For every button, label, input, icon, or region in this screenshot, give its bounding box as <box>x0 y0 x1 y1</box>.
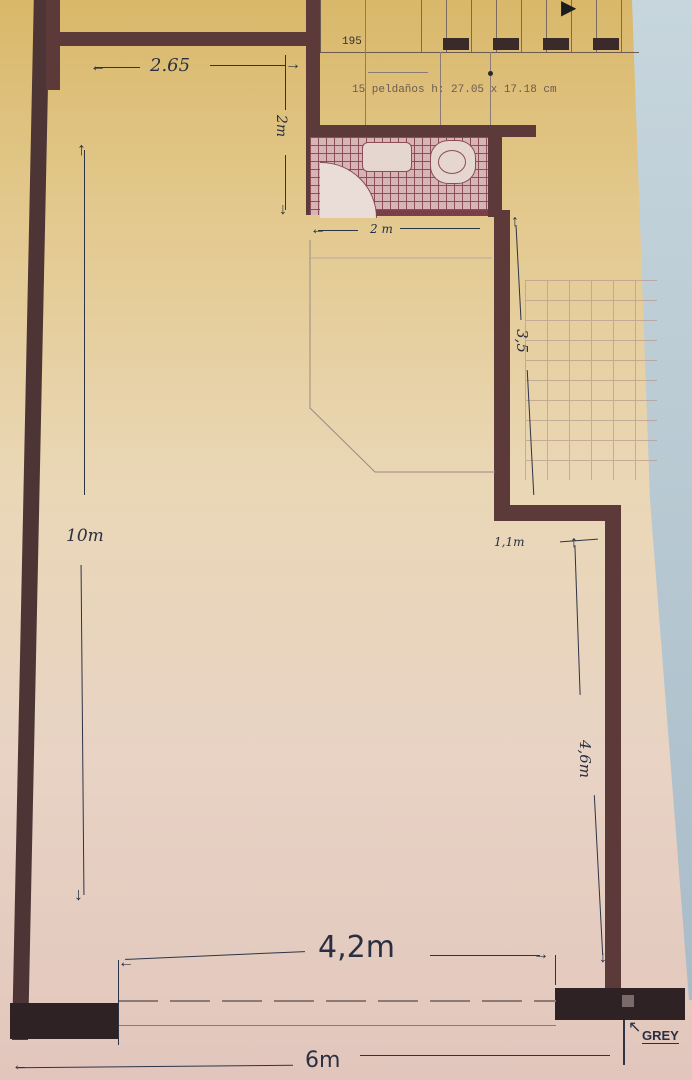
wall-kitchen-bottom <box>494 505 616 521</box>
arrow-down-icon: ↓ <box>74 885 83 903</box>
toilet-bowl <box>438 150 466 174</box>
arrow-down-icon: ↓ <box>599 950 607 966</box>
bathtub <box>362 142 412 172</box>
dimension-right-depth: 4,6m <box>576 740 594 778</box>
patio-pattern <box>525 280 657 480</box>
dimension-front-width: 4,2m <box>318 930 395 965</box>
arrow-pointer-icon: ↖ <box>628 1020 641 1036</box>
wall-bathroom-bottom <box>376 210 488 216</box>
dimension-total-depth: 10m <box>66 526 104 546</box>
arrow-right-icon: → <box>285 57 301 73</box>
wall-bottom-left <box>10 1003 118 1039</box>
stair-marker-dot <box>488 71 493 76</box>
wall-bathroom-right <box>488 137 502 217</box>
dimension-top-depth: 2m <box>273 115 289 137</box>
arrow-left-icon: ← <box>310 222 326 238</box>
stair-width-label: 195 <box>342 36 362 48</box>
dimension-bathroom-width: 2 m <box>370 222 393 236</box>
arrow-right-icon: → <box>533 947 549 963</box>
dimension-total-width: 6m <box>305 1048 340 1073</box>
dimension-top-width: 2.65 <box>150 55 190 76</box>
arrow-up-icon: ↑ <box>511 214 519 230</box>
column-marker <box>622 995 634 1007</box>
stair-direction-arrow-icon: ▶ <box>561 0 576 18</box>
arrow-up-icon: ↑ <box>570 535 578 551</box>
grey-note: GREY <box>642 1028 679 1044</box>
dimension-step-width: 1,1m <box>494 535 524 549</box>
wall-bathroom-top <box>306 125 536 137</box>
kitchen-outline <box>300 240 500 480</box>
wall-right <box>605 505 621 995</box>
wall-bottom-right <box>555 988 685 1020</box>
stair-note-label: 15 peldaños h: 27.05 x 17.18 cm <box>352 84 557 96</box>
arrow-left-icon: ← <box>118 955 134 971</box>
arrow-up-icon: ↑ <box>77 140 86 158</box>
arrow-left-icon: ← <box>90 59 106 75</box>
dimension-side-depth: 3,5 <box>513 329 531 353</box>
staircase: ▶ <box>320 0 639 53</box>
arrow-left-icon: ← <box>12 1058 28 1074</box>
arrow-down-icon: ↓ <box>279 202 287 218</box>
wall-top <box>46 32 318 46</box>
